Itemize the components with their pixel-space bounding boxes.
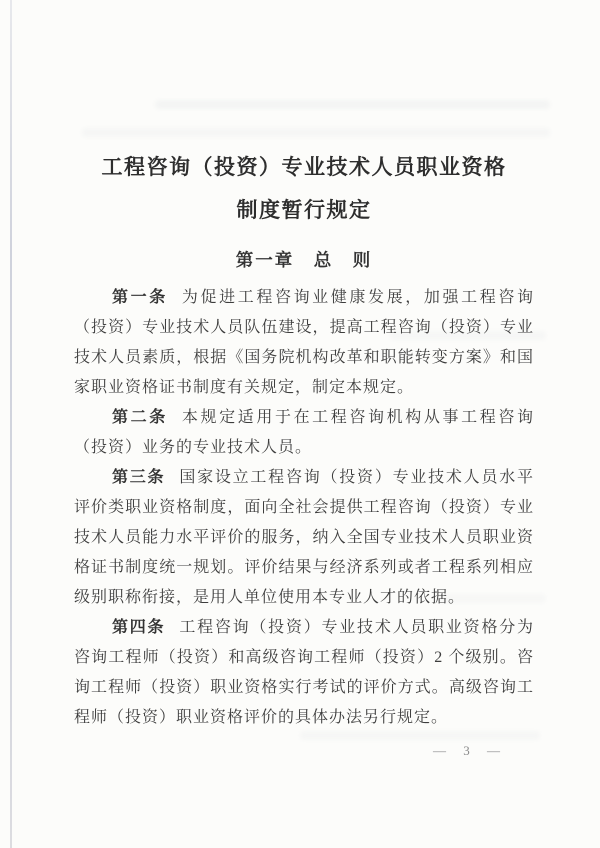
article-4-paragraph: 第四条工程咨询（投资）专业技术人员职业资格分为咨询工程师（投资）和高级咨询工程师… — [74, 613, 534, 733]
page-edge-scan-line — [10, 0, 12, 848]
article-3-paragraph: 第三条国家设立工程咨询（投资）专业技术人员水平评价类职业资格制度，面向全社会提供… — [74, 463, 534, 613]
article-1-paragraph: 第一条为促进工程咨询业健康发展，加强工程咨询（投资）专业技术人员队伍建设，提高工… — [74, 283, 534, 403]
document-content: 工程咨询（投资）专业技术人员职业资格 制度暂行规定 第一章 总 则 第一条为促进… — [74, 146, 534, 733]
document-body: 第一条为促进工程咨询业健康发展，加强工程咨询（投资）专业技术人员队伍建设，提高工… — [74, 283, 534, 733]
document-title: 工程咨询（投资）专业技术人员职业资格 制度暂行规定 — [74, 146, 534, 232]
article-3-text: 国家设立工程咨询（投资）专业技术人员水平评价类职业资格制度，面向全社会提供工程咨… — [74, 469, 534, 606]
article-2-label: 第二条 — [112, 409, 168, 426]
chapter-heading: 第一章 总 则 — [74, 245, 534, 275]
article-1-label: 第一条 — [112, 289, 168, 306]
article-4-label: 第四条 — [112, 619, 165, 636]
bleedthrough-artifact — [155, 100, 550, 109]
document-title-line-1: 工程咨询（投资）专业技术人员职业资格 — [74, 146, 534, 189]
bleedthrough-artifact — [82, 128, 550, 137]
scanned-document-page: 工程咨询（投资）专业技术人员职业资格 制度暂行规定 第一章 总 则 第一条为促进… — [0, 0, 600, 848]
article-2-paragraph: 第二条本规定适用于在工程咨询机构从事工程咨询（投资）业务的专业技术人员。 — [74, 403, 534, 463]
document-title-line-2: 制度暂行规定 — [74, 189, 534, 232]
page-number: — 3 — — [433, 743, 507, 759]
article-3-label: 第三条 — [112, 469, 165, 486]
